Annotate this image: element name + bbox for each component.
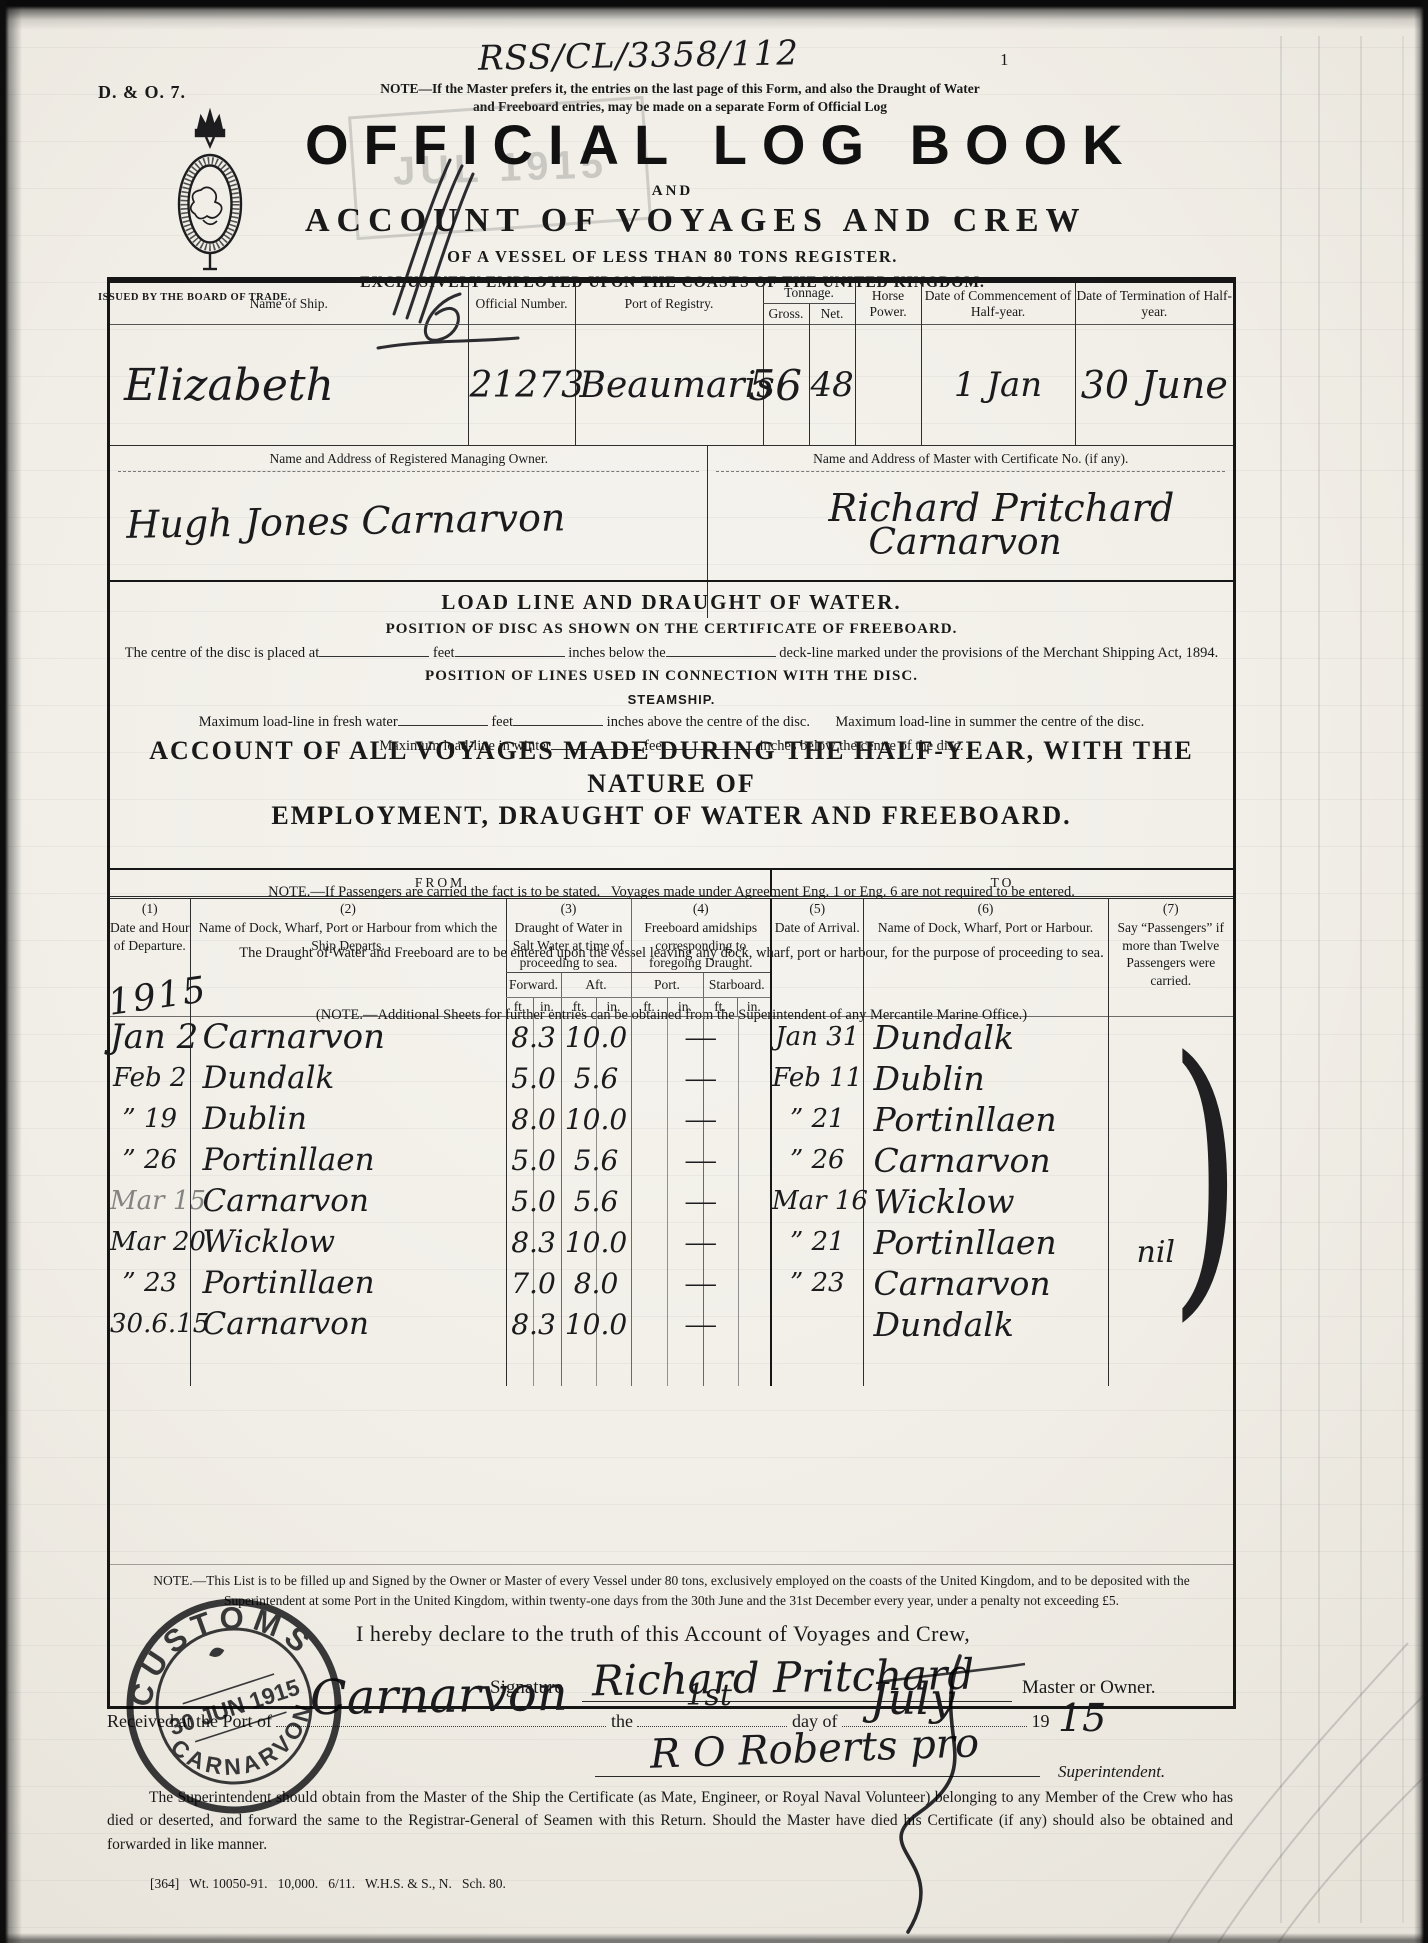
official-number-handwritten: 21273 [468, 325, 575, 446]
voyage-row: Mar 15Carnarvon5.05.6—Mar 16Wicklow [110, 1181, 1233, 1222]
col-num-1: (1) [110, 898, 190, 920]
draught-forward: 5.0 [506, 1140, 561, 1181]
departure-port: Carnarvon [190, 1304, 506, 1345]
received-year-handwritten: 15 [1058, 1696, 1106, 1740]
col-num-2: (2) [190, 898, 506, 920]
from-header: FROM [110, 869, 771, 898]
passengers-nil: nil [1137, 1235, 1176, 1270]
blank-inches [455, 644, 565, 657]
blank-feet [319, 644, 429, 657]
voyage-row: ” 23Portinllaen7.08.0—” 23Carnarvon [110, 1263, 1233, 1304]
draught-forward: 8.3 [506, 1304, 561, 1345]
printer-code: [364] Wt. 10050-91. 10,000. 6/11. W.H.S.… [150, 1876, 506, 1892]
load-line-section: LOAD LINE AND DRAUGHT OF WATER. POSITION… [110, 580, 1233, 755]
draught-forward: 8.3 [506, 1222, 561, 1263]
arrival-port: Wicklow [863, 1181, 1108, 1222]
draught-forward: 7.0 [506, 1263, 561, 1304]
commencement-handwritten: 1 Jan [921, 325, 1075, 446]
scan-edge-left [0, 0, 22, 1943]
col-num-3: (3) [506, 898, 631, 920]
empty-rows-area [110, 1345, 1233, 1386]
arrival-port: Carnarvon [863, 1140, 1108, 1181]
master-label: Name and Address of Master with Certific… [716, 446, 1225, 472]
arrival-date: Feb 11 [771, 1058, 863, 1099]
draught-aft: 10.0 [561, 1016, 631, 1058]
draught-forward: 8.0 [506, 1099, 561, 1140]
arrival-port: Dundalk [863, 1016, 1108, 1058]
arrival-port: Dundalk [863, 1304, 1108, 1345]
lines-position-heading: POSITION OF LINES USED IN CONNECTION WIT… [110, 668, 1233, 685]
account-heading-line1: ACCOUNT OF ALL VOYAGES MADE DURING THE H… [110, 735, 1233, 800]
departure-date: Mar 20 [110, 1222, 190, 1263]
summer-line: Maximum load-line in summer the centre o… [835, 714, 1144, 730]
freeboard-dash: — [631, 1140, 771, 1181]
col-horse-power: Horse Power. [855, 283, 921, 325]
draught-aft: 5.6 [561, 1058, 631, 1099]
arrival-port: Dublin [863, 1058, 1108, 1099]
arrival-date [771, 1304, 863, 1345]
blank-inches [513, 713, 603, 726]
disc-position-heading: POSITION OF DISC AS SHOWN ON THE CERTIFI… [110, 621, 1233, 638]
arrival-port: Portinllaen [863, 1222, 1108, 1263]
draught-aft: 10.0 [561, 1222, 631, 1263]
draught-aft: 10.0 [561, 1304, 631, 1345]
voyage-row: 30.6.15Carnarvon8.310.0—Dundalk [110, 1304, 1233, 1345]
departure-port: Wicklow [190, 1222, 506, 1263]
freeboard-dash: — [631, 1263, 771, 1304]
col-arrival-desc: Date of Arrival. [771, 919, 863, 1016]
board-of-trade-seal-icon [158, 108, 262, 292]
departure-date: Mar 15 [110, 1181, 190, 1222]
draught-aft: 8.0 [561, 1263, 631, 1304]
received-day-handwritten: 1st [685, 1678, 732, 1713]
draught-aft: 5.6 [561, 1140, 631, 1181]
to-header: TO [771, 869, 1233, 898]
col-freeboard-desc: Freeboard amidships corresponding to for… [631, 919, 771, 972]
departure-port: Dublin [190, 1099, 506, 1140]
received-the: the [611, 1711, 633, 1731]
unit-ft: ft. [506, 997, 533, 1016]
col-port-of-registry: Port of Registry. [575, 283, 763, 325]
voyage-row: ” 19Dublin8.010.0—” 21Portinllaen [110, 1099, 1233, 1140]
horse-power-blank [855, 325, 921, 446]
draught-forward: 5.0 [506, 1058, 561, 1099]
owner-handwritten: Hugh Jones Carnarvon [109, 467, 708, 547]
freeboard-dash: — [631, 1304, 771, 1345]
termination-handwritten: 30 June [1075, 325, 1233, 446]
blank-feet [398, 713, 488, 726]
header-note-line1: NOTE—If the Master prefers it, the entri… [300, 80, 1060, 98]
voyage-table-section: 1915 FROM TO (1) (2) (3) [110, 868, 1233, 1386]
declaration-line: I hereby declare to the truth of this Ac… [356, 1621, 970, 1647]
arrival-date: ” 21 [771, 1222, 863, 1263]
unit-ft: ft. [631, 997, 667, 1016]
voyage-row: Jan 2Carnarvon8.310.0—Jan 31Dundalk)nil [110, 1016, 1233, 1058]
voyage-table-body: Jan 2Carnarvon8.310.0—Jan 31Dundalk)nilF… [110, 1016, 1233, 1386]
sub-forward: Forward. [506, 972, 561, 997]
col-num-7: (7) [1108, 898, 1233, 920]
blank-deckline [666, 644, 776, 657]
arrival-date: ” 26 [771, 1140, 863, 1181]
departure-date: ” 26 [110, 1140, 190, 1181]
departure-port: Portinllaen [190, 1263, 506, 1304]
col-date-commencement: Date of Commencement of Half-year. [921, 283, 1075, 325]
draught-forward: 5.0 [506, 1181, 561, 1222]
freeboard-dash: — [631, 1181, 771, 1222]
unit-ft: ft. [703, 997, 737, 1016]
unit-in: in. [737, 997, 771, 1016]
col-gross: Gross. [763, 304, 809, 325]
col-departure-port-desc: Name of Dock, Wharf, Port or Harbour fro… [190, 919, 506, 1016]
col-official-number: Official Number. [468, 283, 575, 325]
form-border-box: Name of Ship. Official Number. Port of R… [107, 277, 1236, 1709]
port-of-registry-handwritten: Beaumaris [575, 325, 763, 446]
disc-centre-line: The centre of the disc is placed at feet… [110, 644, 1233, 662]
scan-edge-top [0, 0, 1428, 30]
scanned-log-book-page: RSS/CL/3358/112 1 D. & O. 7. NOTE—If the… [0, 0, 1428, 1943]
freeboard-dash: — [631, 1058, 771, 1099]
freeboard-dash: — [631, 1222, 771, 1263]
arrival-date: ” 23 [771, 1263, 863, 1304]
title-and: AND [305, 183, 1040, 200]
arrival-date: Jan 31 [771, 1016, 863, 1058]
arrival-port: Carnarvon [863, 1263, 1108, 1304]
col-num-6: (6) [863, 898, 1108, 920]
unit-in: in. [533, 997, 561, 1016]
arrival-port: Portinllaen [863, 1099, 1108, 1140]
draught-aft: 5.6 [561, 1181, 631, 1222]
ship-particulars-table: Name of Ship. Official Number. Port of R… [110, 283, 1233, 445]
archive-reference-handwritten: RSS/CL/3358/112 [478, 33, 800, 79]
sub-starboard: Starboard. [703, 972, 771, 997]
subtitle-line1: OF A VESSEL OF LESS THAN 80 TONS REGISTE… [305, 247, 1040, 267]
voyage-row: Feb 2Dundalk5.05.6—Feb 11Dublin [110, 1058, 1233, 1099]
stamp-crown-mark [208, 1646, 226, 1660]
col-num-5: (5) [771, 898, 863, 920]
voyage-row: ” 26Portinllaen5.05.6—” 26Carnarvon [110, 1140, 1233, 1181]
form-code: D. & O. 7. [98, 82, 186, 103]
unit-in: in. [596, 997, 631, 1016]
col-name-of-ship: Name of Ship. [110, 283, 468, 325]
unit-ft: ft. [561, 997, 596, 1016]
departure-date: Feb 2 [110, 1058, 190, 1099]
fresh-water-line: Maximum load-line in fresh water feet in… [110, 713, 1233, 731]
sub-aft: Aft. [561, 972, 631, 997]
departure-port: Carnarvon [190, 1181, 506, 1222]
departure-date: ” 19 [110, 1099, 190, 1140]
subtitle: ACCOUNT OF VOYAGES AND CREW [305, 202, 1040, 240]
ship-name-handwritten: Elizabeth [110, 325, 468, 446]
account-heading-line2: EMPLOYMENT, DRAUGHT OF WATER AND FREEBOA… [110, 800, 1233, 833]
departure-date: Jan 2 [110, 1016, 190, 1058]
voyage-row: Mar 20Wicklow8.310.0—” 21Portinllaen [110, 1222, 1233, 1263]
superintendent-label: Superintendent. [1058, 1762, 1165, 1781]
passengers-cell: )nil [1108, 1016, 1233, 1386]
freeboard-dash: — [631, 1099, 771, 1140]
ink-flourish-tail [820, 1652, 1040, 1943]
unit-in: in. [667, 997, 703, 1016]
voyage-table: FROM TO (1) (2) (3) (4) (5) (6) (7) Date… [110, 868, 1233, 1386]
col-draught-desc: Draught of Water in Salt Water at time o… [506, 919, 631, 972]
steamship-heading: STEAMSHIP. [110, 692, 1233, 707]
draught-forward: 8.3 [506, 1016, 561, 1058]
col-net: Net. [809, 304, 855, 325]
departure-port: Portinllaen [190, 1140, 506, 1181]
customs-stamp: CUSTOMS CARNARVON 30 JUN 1915 [116, 1588, 352, 1824]
sub-port: Port. [631, 972, 703, 997]
net-tonnage-handwritten: 48 [809, 325, 855, 446]
col-num-4: (4) [631, 898, 771, 920]
departure-port: Carnarvon [190, 1016, 506, 1058]
ink-brace: ) [1169, 1023, 1242, 1323]
draught-aft: 10.0 [561, 1099, 631, 1140]
arrival-date: ” 21 [771, 1099, 863, 1140]
freeboard-dash: — [631, 1016, 771, 1058]
load-line-heading: LOAD LINE AND DRAUGHT OF WATER. [110, 590, 1233, 615]
arrival-date: Mar 16 [771, 1181, 863, 1222]
main-title: OFFICIAL LOG BOOK [305, 112, 1040, 177]
col-date-termination: Date of Termination of Half-year. [1075, 283, 1233, 325]
departure-date: ” 23 [110, 1263, 190, 1304]
title-block: OFFICIAL LOG BOOK AND ACCOUNT OF VOYAGES… [305, 112, 1040, 292]
departure-port: Dundalk [190, 1058, 506, 1099]
col-arrival-port-desc: Name of Dock, Wharf, Port or Harbour. [863, 919, 1108, 1016]
col-tonnage: Tonnage. [763, 283, 855, 304]
received-day-blank: 1st [637, 1712, 787, 1727]
gross-tonnage-handwritten: 56 [763, 325, 809, 446]
page-number: 1 [1000, 50, 1009, 70]
departure-date: 30.6.15 [110, 1304, 190, 1345]
